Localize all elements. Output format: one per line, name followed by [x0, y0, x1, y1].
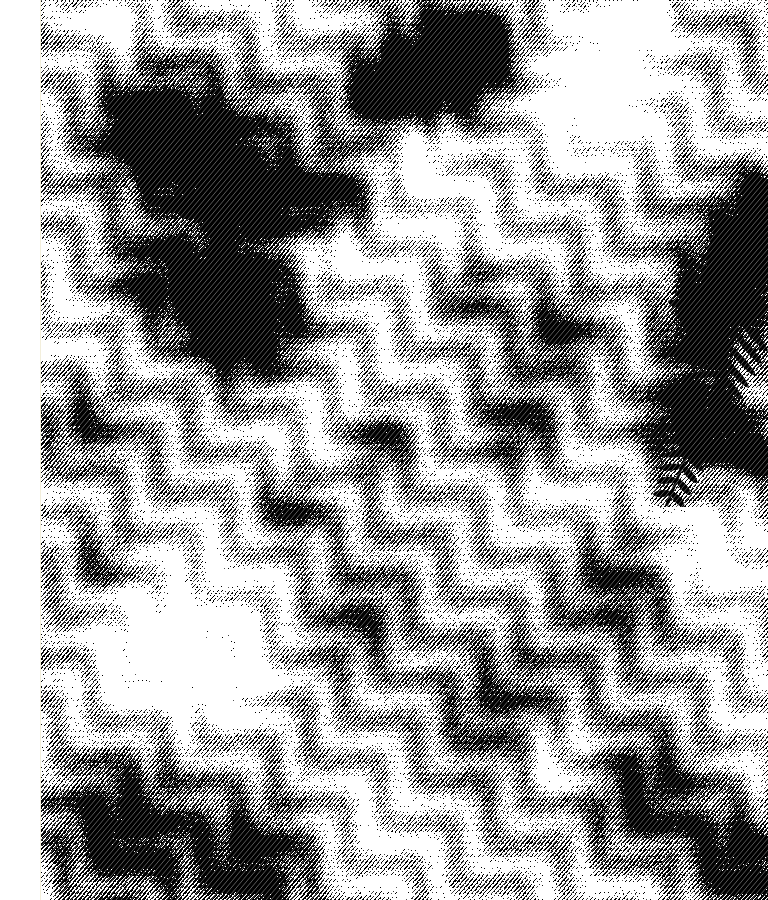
- image-canvas-area: forest undergrowth with ferns: [0, 0, 768, 900]
- dithered-forest-photo: [41, 0, 768, 900]
- left-margin: [0, 0, 40, 900]
